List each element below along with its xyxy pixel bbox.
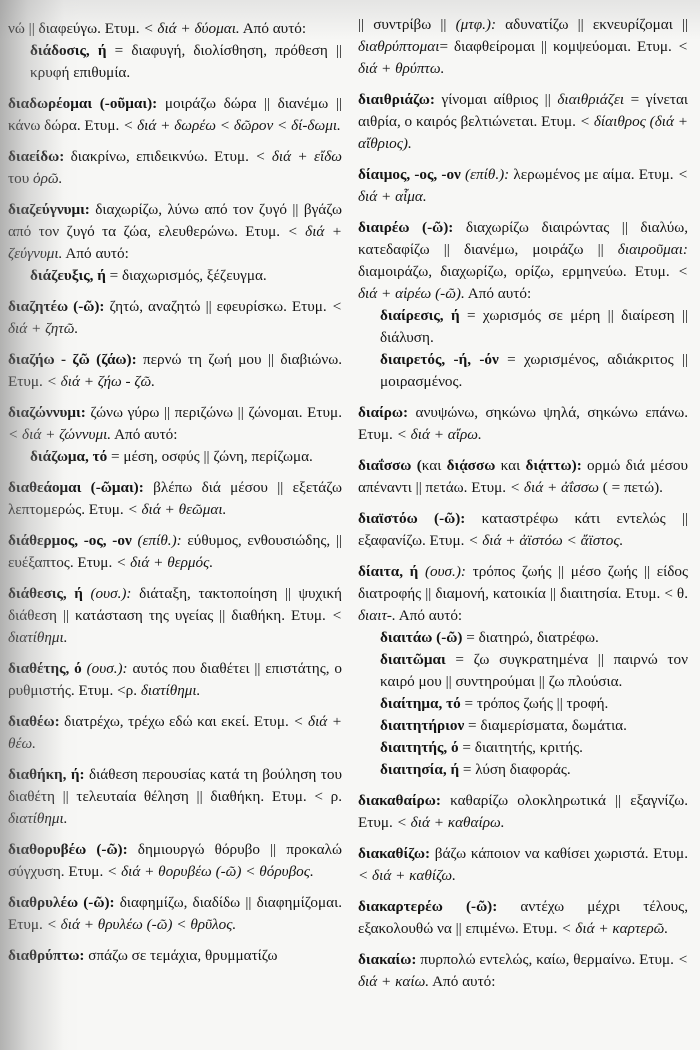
definition: = διατηρώ, διατρέφω. [462, 629, 598, 646]
headword: διαείδω: [8, 148, 64, 165]
derived-form: διαθρύπτομαι [358, 38, 439, 55]
definition: διαμοιράζω, διαχωρίζω, ορίζω, ερμηνεύω. … [358, 263, 678, 280]
headword: διαθεάομαι (-ῶμαι): [8, 479, 144, 496]
headword: διακαθαίρω: [358, 792, 441, 809]
headword: διαιρετός, -ή, -όν [380, 351, 499, 368]
headword: διαδωρέομαι (-οῦμαι): [8, 95, 157, 112]
part-of-speech: (ουσ.): [418, 563, 466, 580]
etymology: διαιτ-. [358, 607, 396, 624]
headword: διαζήω - ζῶ (ζάω): [8, 351, 137, 368]
dictionary-entry: διαθέω: διατρέχω, τρέχω εδώ και εκεί. Ετ… [8, 711, 342, 755]
sub-entry: διαίτημα, τό = τρόπος ζωής || τροφή. [380, 693, 688, 715]
headword: διάδοσις, ή [30, 42, 106, 59]
dictionary-entry: διαϊστόω (-ῶ): καταστρέφω κάτι εντελώς |… [358, 508, 688, 552]
etymology: < διά + αἴρω. [397, 426, 482, 443]
sub-entry: διαιρετός, -ή, -όν = χωρισμένος, αδιάκρι… [380, 349, 688, 393]
dictionary-entry: διαζώννυμι: ζώνω γύρω || περιζώνω || ζών… [8, 402, 342, 468]
dictionary-entry: διάθεσις, ή (ουσ.): διάταξη, τακτοποίηση… [8, 583, 342, 649]
etymology: < διά + δωρέω < δῶρον < δί-δωμι. [123, 117, 341, 134]
part-of-speech: (ουσ.): [82, 660, 128, 677]
dictionary-entry: διαθεάομαι (-ῶμαι): βλέπω διά μέσου || ε… [8, 477, 342, 521]
headword: διαίρεσις, ή [380, 307, 460, 324]
etymology: < διά + ἀΐσσω [510, 479, 599, 496]
headword: διακαθίζω: [358, 845, 430, 862]
headword: διαιτάω (-ῶ) [380, 629, 462, 646]
definition: Από αυτό: [111, 426, 177, 443]
derived-form: διαιθριάζει [557, 91, 624, 108]
headword: διαθέτης, ό [8, 660, 82, 677]
etymology: ὁρῶ. [33, 170, 62, 187]
etymology: < διά + καρτερῶ. [561, 920, 668, 937]
headword: διαίτημα, τό [380, 695, 461, 712]
usage-label: (μτφ.): [456, 16, 496, 33]
definition: Από αυτό: [465, 285, 531, 302]
headword: διαΐσσω ( [358, 457, 422, 474]
etymology: < διά + δύομαι. [143, 20, 239, 37]
dictionary-entry: διαθρύπτω: σπάζω σε τεμάχια, θρυμματίζω [8, 945, 342, 967]
headword: διαιτησία, ή [380, 761, 459, 778]
sub-entry: διαιτητής, ό = διαιτητής, κριτής. [380, 737, 688, 759]
conjunction: και [501, 457, 521, 474]
headword: δίαιμος, -ος, -ον [358, 166, 461, 183]
headword: διαϊστόω (-ῶ): [358, 510, 465, 527]
headword: διακαίω: [358, 951, 416, 968]
dictionary-entry: διαείδω: διακρίνω, επιδεικνύω. Ετυμ. < δ… [8, 146, 342, 190]
dictionary-entry: διαιρέω (-ῶ): διαχωρίζω διαιρώντας || δι… [358, 217, 688, 393]
definition: του [8, 170, 33, 187]
sub-entry: διάζευξις, ή = διαχωρισμός, ξέζευγμα. [30, 265, 342, 287]
left-column: νώ || διαφεύγω. Ετυμ. < διά + δύομαι. Απ… [8, 18, 342, 976]
dictionary-entry: νώ || διαφεύγω. Ετυμ. < διά + δύομαι. Απ… [8, 18, 342, 84]
sub-entry: διαιτάω (-ῶ) = διατηρώ, διατρέφω. [380, 627, 688, 649]
definition: διατρέχω, τρέχω εδώ και εκεί. Ετυμ. [60, 713, 294, 730]
sub-entry: διαιτησία, ή = λύση διαφοράς. [380, 759, 688, 781]
definition: Από αυτό: [396, 607, 462, 624]
dictionary-entry: διαζήω - ζῶ (ζάω): περνώ τη ζωή μου || δ… [8, 349, 342, 393]
headword: διαθέω: [8, 713, 60, 730]
sub-entry: διαίρεσις, ή = χωρισμός σε μέρη || διαίρ… [380, 305, 688, 349]
definition: βάζω κάποιον να καθίσει χωριστά. Ετυμ. [430, 845, 688, 862]
definition: Από αυτό: [62, 245, 128, 262]
definition: ζητώ, αναζητώ || εφευρίσκω. Ετυμ. [104, 298, 331, 315]
etymology: < διά + ζήω - ζῶ. [47, 373, 155, 390]
dictionary-entry: διαθέτης, ό (ουσ.): αυτός που διαθέτει |… [8, 658, 342, 702]
headword: διαθήκη, ή: [8, 766, 85, 783]
headword: διαιρέω (-ῶ): [358, 219, 453, 236]
dictionary-entry: διαθήκη, ή: διάθεση περουσίας κατά τη βο… [8, 764, 342, 830]
headword: διάζευξις, ή [30, 267, 106, 284]
dictionary-entry: διαζητέω (-ῶ): ζητώ, αναζητώ || εφευρίσκ… [8, 296, 342, 340]
dictionary-entry: δίαιτα, ή (ουσ.): τρόπος ζωής || μέσο ζω… [358, 561, 688, 781]
derived-form: διαιροῦμαι: [618, 241, 688, 258]
headword: διάθεσις, ή [8, 585, 83, 602]
definition: σπάζω σε τεμάχια, θρυμματίζω [85, 947, 278, 964]
dictionary-entry: διαΐσσω (και διᾴσσω και διᾴττω): ορμώ δι… [358, 455, 688, 499]
entry-text: Από αυτό: [240, 20, 306, 37]
etymology: < διά + θρυλέω (-ῶ) < θρῦλος. [47, 916, 237, 933]
sub-entry: διαιτητήριον = διαμερίσματα, δωμάτια. [380, 715, 688, 737]
headword: διαζεύγνυμι: [8, 201, 90, 218]
etymology: < διά + εἴδω [255, 148, 342, 165]
definition: διακρίνω, επιδεικνύω. Ετυμ. [64, 148, 255, 165]
headword: δίαιτα, ή [358, 563, 418, 580]
definition: = διαφθείρομαι || κομψεύομαι. Ετυμ. [439, 38, 677, 55]
headword: διάζωμα, τό [30, 448, 107, 465]
etymology: διατίθημι. [8, 810, 68, 827]
dictionary-entry: διαδωρέομαι (-οῦμαι): μοιράζω δώρα || δι… [8, 93, 342, 137]
definition: || συντρίβω || [358, 16, 456, 33]
headword: διαιτητήριον [380, 717, 464, 734]
etymology: < διά + ζώννυμι. [8, 426, 111, 443]
part-of-speech: (ουσ.): [83, 585, 132, 602]
dictionary-entry: διαθορυβέω (-ῶ): δημιουργώ θόρυβο || προ… [8, 839, 342, 883]
sub-entry: διάδοσις, ή = διαφυγή, διολίσθηση, πρόθε… [30, 40, 342, 84]
headword: διαθρύπτω: [8, 947, 85, 964]
headword: διαζητέω (-ῶ): [8, 298, 104, 315]
headword: διαθρυλέω (-ῶ): [8, 894, 115, 911]
etymology: < διά + καθαίρω. [397, 814, 505, 831]
headword: διάθερμος, -ος, -ον [8, 532, 132, 549]
headword: διαιτῶμαι [380, 651, 446, 668]
part-of-speech: (επίθ.): [461, 166, 509, 183]
definition: Από αυτό: [429, 973, 495, 990]
dictionary-entry: διαθρυλέω (-ῶ): διαφημίζω, διαδίδω || δι… [8, 892, 342, 936]
headword-variant: διᾴττω): [520, 457, 582, 474]
part-of-speech: (επίθ.): [132, 532, 182, 549]
definition: λερωμένος με αίμα. Ετυμ. [509, 166, 677, 183]
etymology: < διά + θεῶμαι. [127, 501, 226, 518]
dictionary-entry: διακαρτερέω (-ῶ): αντέχω μέχρι τέλους, ε… [358, 896, 688, 940]
definition: = μέση, οσφύς || ζώνη, περίζωμα. [107, 448, 313, 465]
dictionary-entry: διακαθαίρω: καθαρίζω ολοκληρωτικά || εξα… [358, 790, 688, 834]
definition: = διαχωρισμός, ξέζευγμα. [106, 267, 267, 284]
headword-variant: διᾴσσω [441, 457, 500, 474]
definition: αδυνατίζω || εκνευρίζομαι || [496, 16, 688, 33]
headword: διαιθριάζω: [358, 91, 435, 108]
etymology: < διά + ἀϊστόω < ἄϊστος. [468, 532, 623, 549]
dictionary-entry: διάθερμος, -ος, -ον (επίθ.): εύθυμος, εν… [8, 530, 342, 574]
headword: διαιτητής, ό [380, 739, 459, 756]
definition: ζώνω γύρω || περιζώνω || ζώνομαι. Ετυμ. [86, 404, 342, 421]
sub-entry: διαιτῶμαι = ζω συγκρατημένα || παιρνώ το… [380, 649, 688, 693]
dictionary-entry: διαίρω: ανυψώνω, σηκώνω ψηλά, σηκώνω επά… [358, 402, 688, 446]
headword: διακαρτερέω (-ῶ): [358, 898, 497, 915]
right-column: || συντρίβω || (μτφ.): αδυνατίζω || εκνε… [358, 14, 688, 1002]
sub-entry: διάζωμα, τό = μέση, οσφύς || ζώνη, περίζ… [30, 446, 342, 468]
definition: = τρόπος ζωής || τροφή. [461, 695, 609, 712]
definition: = λύση διαφοράς. [459, 761, 571, 778]
definition: ( = πετώ). [599, 479, 663, 496]
definition: = διαμερίσματα, δωμάτια. [464, 717, 627, 734]
dictionary-entry: διακαίω: πυρπολώ εντελώς, καίω, θερμαίνω… [358, 949, 688, 993]
dictionary-entry: || συντρίβω || (μτφ.): αδυνατίζω || εκνε… [358, 14, 688, 80]
headword: διαζώννυμι: [8, 404, 86, 421]
etymology: διατίθημι. [141, 682, 201, 699]
headword: διαίρω: [358, 404, 408, 421]
dictionary-entry: διαιθριάζω: γίνομαι αίθριος || διαιθριάζ… [358, 89, 688, 155]
conjunction: και [422, 457, 442, 474]
definition: = διαιτητής, κριτής. [459, 739, 583, 756]
dictionary-entry: διαζεύγνυμι: διαχωρίζω, λύνω από τον ζυγ… [8, 199, 342, 287]
definition: πυρπολώ εντελώς, καίω, θερμαίνω. Ετυμ. [416, 951, 677, 968]
dictionary-entry: δίαιμος, -ος, -ον (επίθ.): λερωμένος με … [358, 164, 688, 208]
etymology: < διά + θερμός. [116, 554, 213, 571]
etymology: < διά + καθίζω. [358, 867, 456, 884]
entry-text: νώ || διαφεύγω. Ετυμ. [8, 20, 143, 37]
definition: γίνομαι αίθριος || [435, 91, 557, 108]
headword: διαθορυβέω (-ῶ): [8, 841, 128, 858]
dictionary-entry: διακαθίζω: βάζω κάποιον να καθίσει χωρισ… [358, 843, 688, 887]
etymology: < διά + θορυβέω (-ῶ) < θόρυβος. [107, 863, 314, 880]
